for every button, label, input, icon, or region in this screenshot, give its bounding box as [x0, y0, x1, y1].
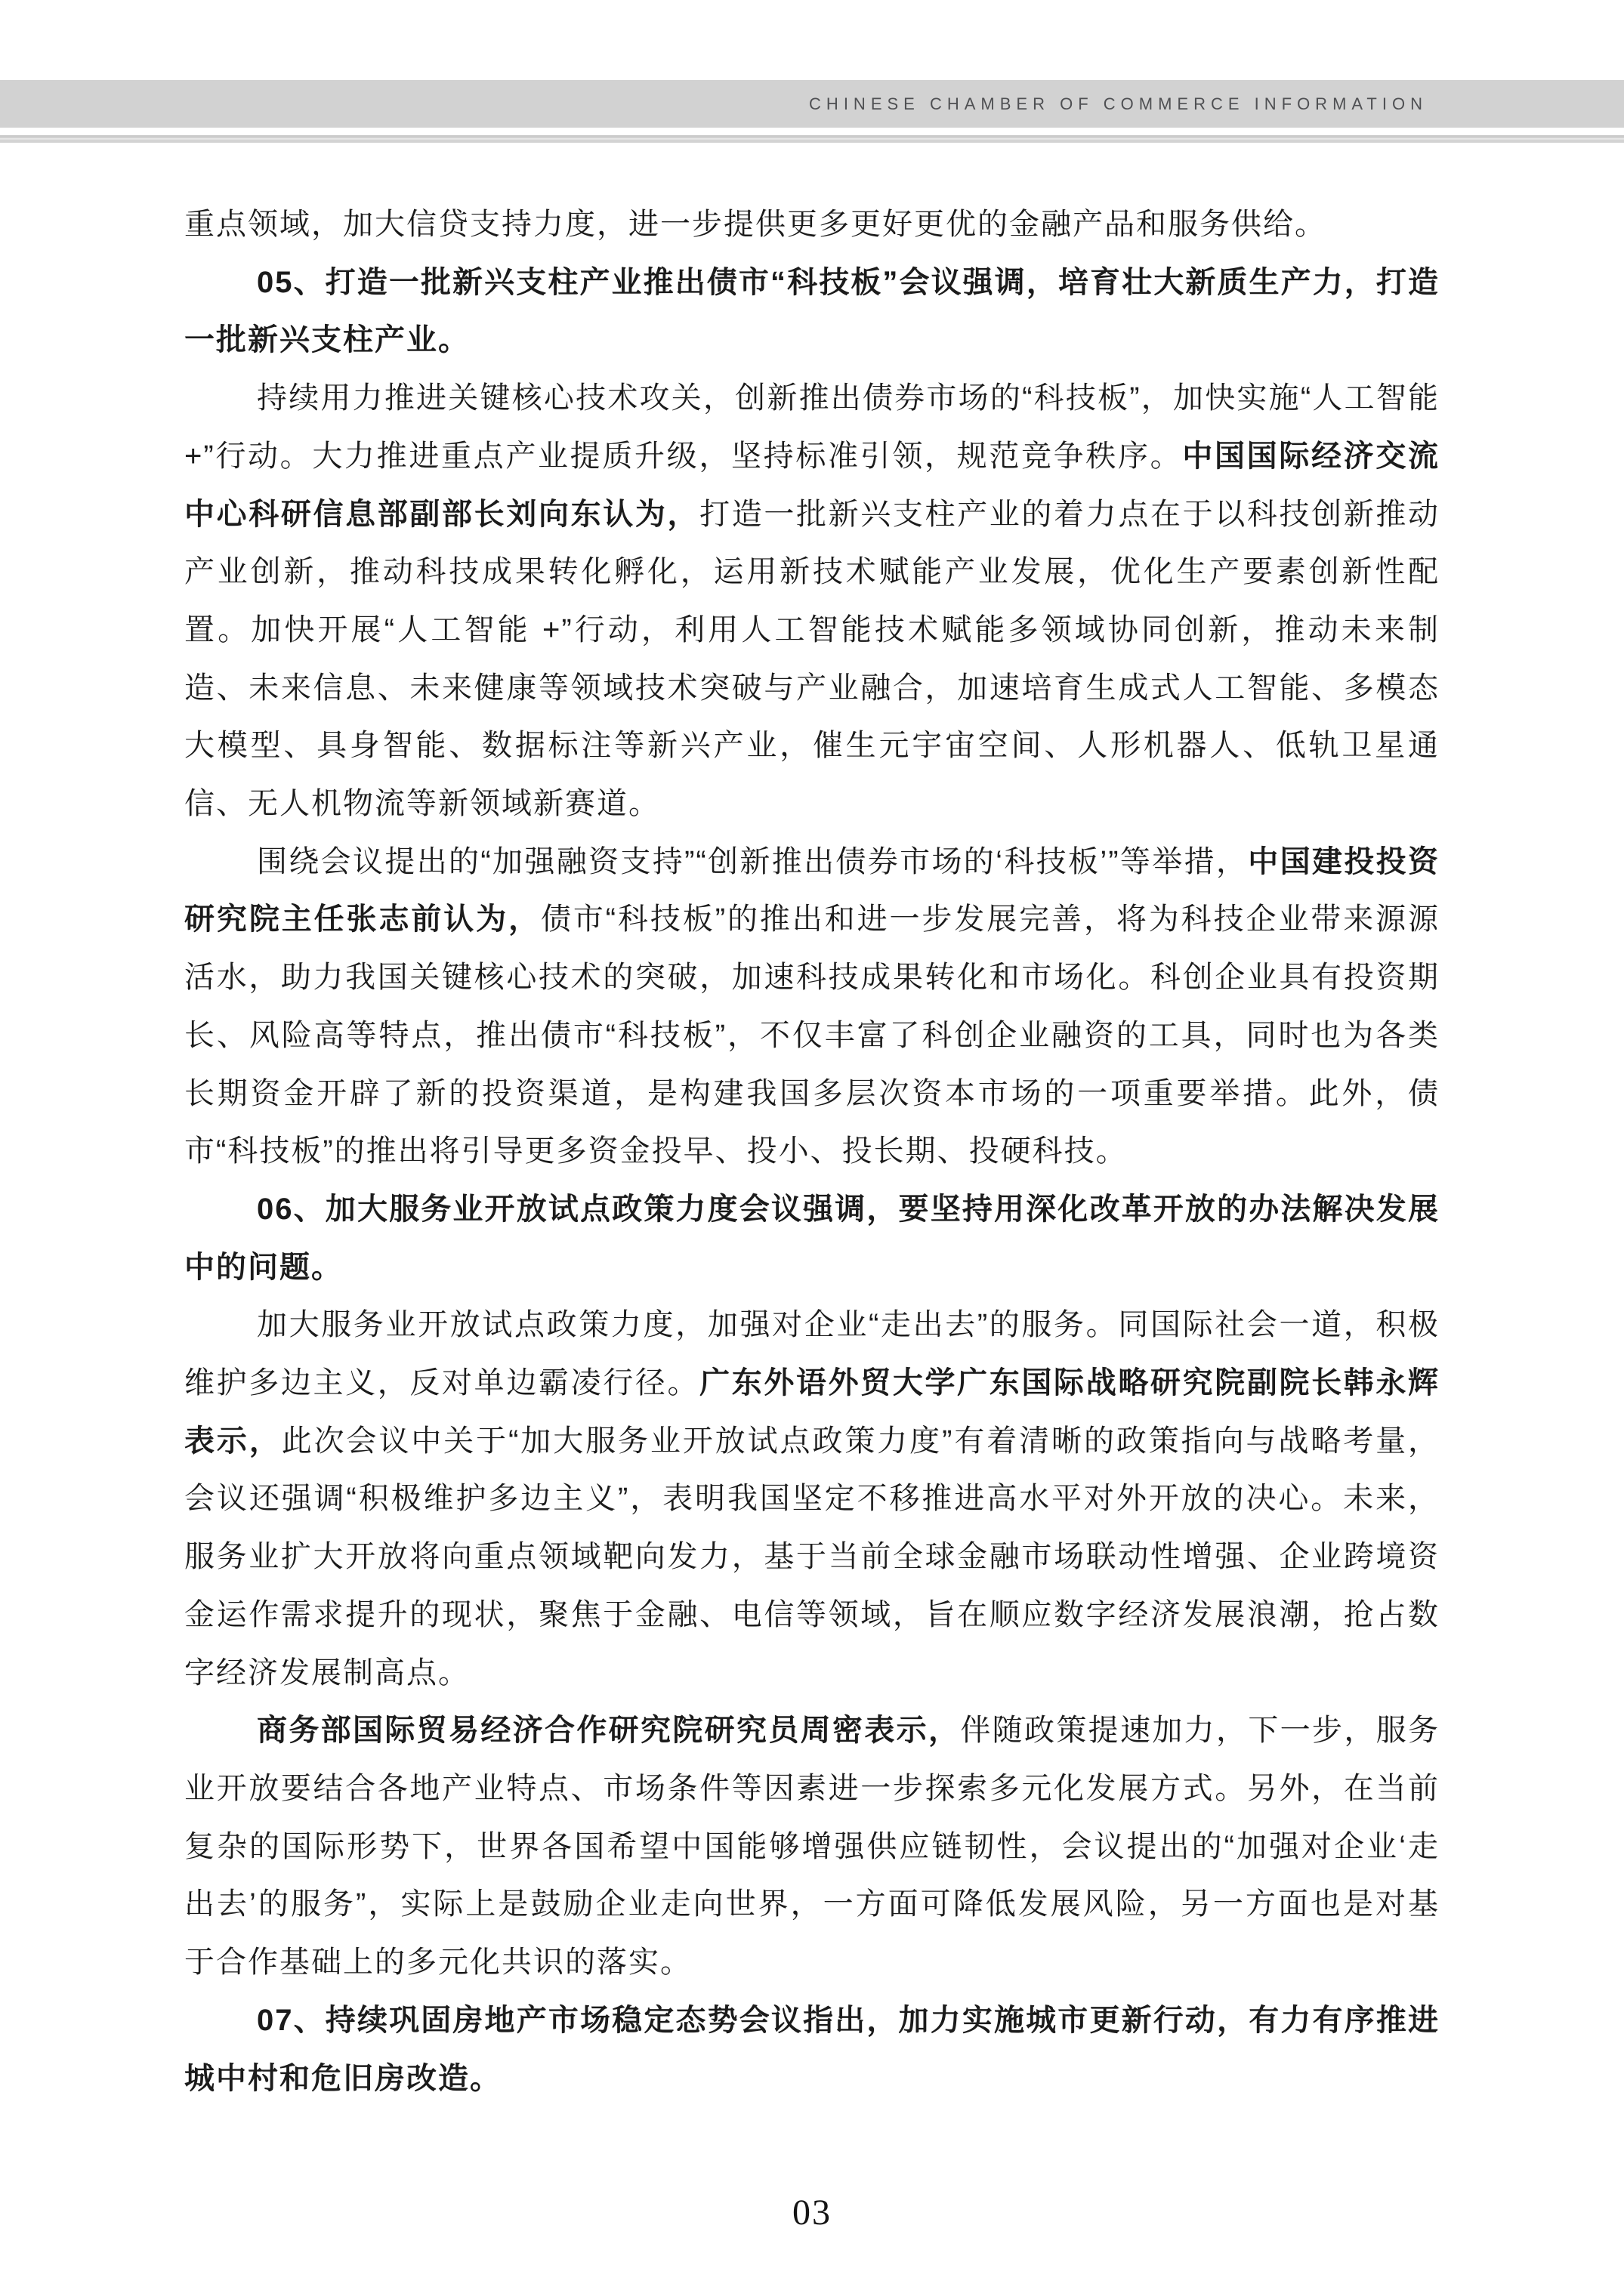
emphasis-run: 05、打造一批新兴支柱产业推出债市“科技板”会议强调，培育壮大新质生产力，打造一… [184, 266, 1440, 357]
text-run: 伴随政策提速加力，下一步，服务业开放要结合各地产业特点、市场条件等因素进一步探索… [184, 1714, 1440, 1979]
article-body: 重点领域，加大信贷支持力度，进一步提供更多更好更优的金融产品和服务供给。05、打… [184, 196, 1440, 2107]
text-run: 债市“科技板”的推出和进一步发展完善，将为科技企业带来源源活水，助力我国关键核心… [184, 903, 1440, 1168]
page-number: 03 [0, 2192, 1624, 2233]
text-run: 重点领域，加大信贷支持力度，进一步提供更多更好更优的金融产品和服务供给。 [184, 208, 1326, 241]
emphasis-run: 06、加大服务业开放试点政策力度会议强调，要坚持用深化改革开放的办法解决发展中的… [184, 1193, 1440, 1284]
text-run: 打造一批新兴支柱产业的着力点在于以科技创新推动产业创新，推动科技成果转化孵化，运… [184, 498, 1440, 821]
paragraph: 加大服务业开放试点政策力度，加强对企业“走出去”的服务。同国际社会一道，积极维护… [184, 1296, 1440, 1702]
emphasis-run: 07、持续巩固房地产市场稳定态势会议指出，加力实施城市更新行动，有力有序推进城中… [184, 2004, 1440, 2095]
paragraph: 围绕会议提出的“加强融资支持”“创新推出债券市场的‘科技板’”等举措，中国建投投… [184, 833, 1440, 1180]
text-run: 此次会议中关于“加大服务业开放试点政策力度”有着清晰的政策指向与战略考量，会议还… [184, 1424, 1440, 1690]
paragraph: 持续用力推进关键核心技术攻关，创新推出债券市场的“科技板”，加快实施“人工智能 … [184, 369, 1440, 833]
heading-paragraph: 05、打造一批新兴支柱产业推出债市“科技板”会议强调，培育壮大新质生产力，打造一… [184, 254, 1440, 369]
heading-paragraph: 06、加大服务业开放试点政策力度会议强调，要坚持用深化改革开放的办法解决发展中的… [184, 1180, 1440, 1296]
paragraph: 商务部国际贸易经济合作研究院研究员周密表示，伴随政策提速加力，下一步，服务业开放… [184, 1702, 1440, 1992]
header-banner-text: CHINESE CHAMBER OF COMMERCE INFORMATION [809, 94, 1428, 114]
paragraph: 重点领域，加大信贷支持力度，进一步提供更多更好更优的金融产品和服务供给。 [184, 196, 1440, 254]
document-page: CHINESE CHAMBER OF COMMERCE INFORMATION … [0, 0, 1624, 2293]
emphasis-run: 商务部国际贸易经济合作研究院研究员周密表示， [257, 1714, 960, 1747]
header-divider [0, 135, 1624, 143]
heading-paragraph: 07、持续巩固房地产市场稳定态势会议指出，加力实施城市更新行动，有力有序推进城中… [184, 1992, 1440, 2107]
header-banner: CHINESE CHAMBER OF COMMERCE INFORMATION [0, 80, 1624, 128]
text-run: 围绕会议提出的“加强融资支持”“创新推出债券市场的‘科技板’”等举措， [257, 845, 1248, 878]
